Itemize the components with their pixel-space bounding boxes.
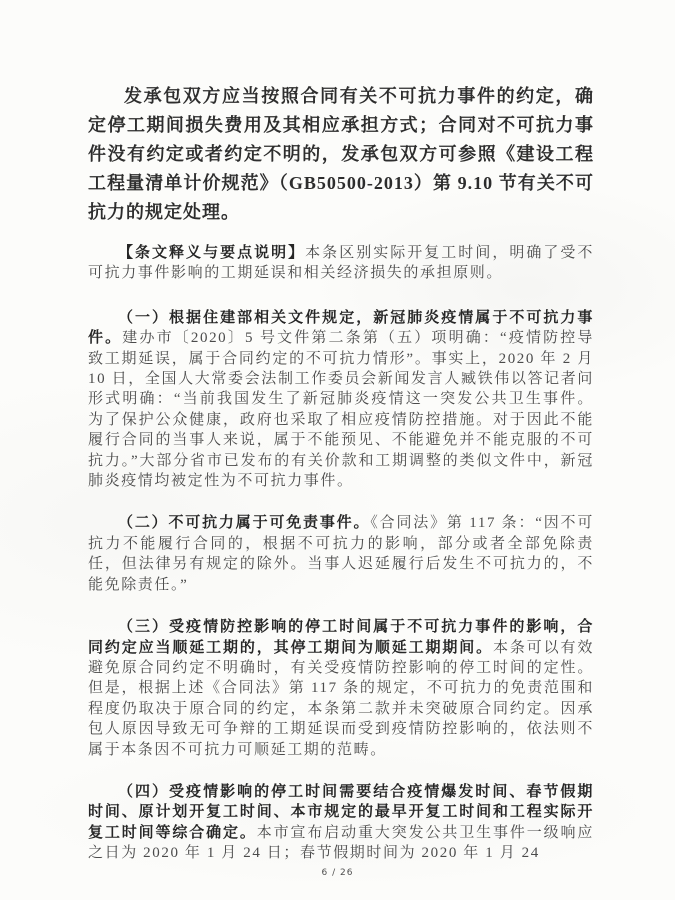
page-number: 6 / 26 <box>0 868 675 878</box>
section-item-1: （一）根据住建部相关文件规定，新冠肺炎疫情属于不可抗力事件。建办市〔2020〕5… <box>88 308 594 492</box>
section-item-4: （四）受疫情影响的停工时间需要结合疫情爆发时间、春节假期时间、原计划开复工时间、… <box>88 782 594 864</box>
annotation-paragraph: 【条文释义与要点说明】本条区别实际开复工时间，明确了受不可抗力事件影响的工期延误… <box>88 243 594 284</box>
section-text-1: 建办市〔2020〕5 号文件第二条第（五）项明确：“疫情防控导致工期延误，属于合… <box>88 330 594 489</box>
section-heading-2: （二）不可抗力属于可免责事件。 <box>118 515 370 531</box>
page-content: 发承包双方应当按照合同有关不可抗力事件的约定，确定停工期间损失费用及其相应承担方… <box>88 82 594 864</box>
section-item-2: （二）不可抗力属于可免责事件。《合同法》第 117 条：“因不可抗力不能履行合同… <box>88 513 594 595</box>
intro-paragraph: 发承包双方应当按照合同有关不可抗力事件的约定，确定停工期间损失费用及其相应承担方… <box>88 82 594 227</box>
annotation-label: 【条文释义与要点说明】 <box>118 245 305 261</box>
document-page: 发承包双方应当按照合同有关不可抗力事件的约定，确定停工期间损失费用及其相应承担方… <box>0 0 675 900</box>
section-text-3: 本条可以有效避免原合同约定不明确时，有关受疫情防控影响的停工时间的定性。但是，根… <box>88 640 594 758</box>
section-item-3: （三）受疫情防控影响的停工时间属于不可抗力事件的影响，合同约定应当顺延工期的，其… <box>88 617 594 760</box>
